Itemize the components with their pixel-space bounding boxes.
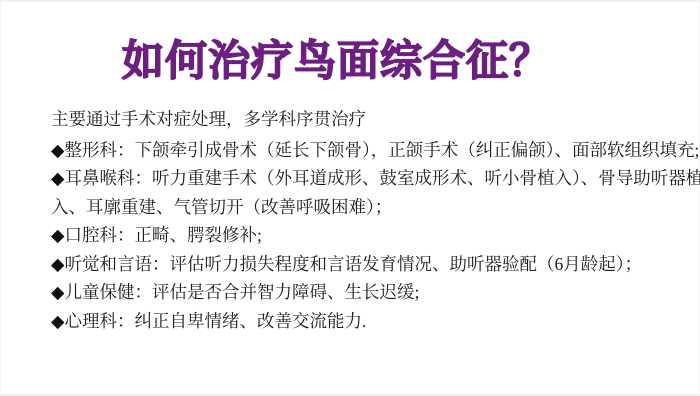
line-text: 听觉和言语：评估听力损失程度和言语发育情况、助听器验配（6月龄起）； [64, 254, 642, 274]
text-line: ◆听觉和言语：评估听力损失程度和言语发育情况、助听器验配（6月龄起）； [51, 250, 683, 279]
line-text: 心理科：纠正自卑情绪、改善交流能力. [64, 311, 366, 331]
line-text: 主要通过手术对症处理，多学科序贯治疗 [51, 109, 366, 129]
diamond-bullet-icon: ◆ [51, 254, 64, 274]
line-text: 整形科：下颌牵引成骨术（延长下颌骨），正颌手术（纠正偏颌）、面部软组织填充; [64, 140, 699, 160]
text-line: ◆心理科：纠正自卑情绪、改善交流能力. [51, 307, 683, 336]
diamond-bullet-icon: ◆ [51, 311, 64, 331]
text-line: 入、耳廓重建、气管切开（改善呼吸困难）； [51, 193, 683, 222]
content-lines: 主要通过手术对症处理，多学科序贯治疗 ◆整形科：下颌牵引成骨术（延长下颌骨），正… [51, 105, 683, 335]
text-line: ◆整形科：下颌牵引成骨术（延长下颌骨），正颌手术（纠正偏颌）、面部软组织填充; [51, 136, 683, 165]
diamond-bullet-icon: ◆ [51, 168, 64, 188]
diamond-bullet-icon: ◆ [51, 282, 64, 302]
line-text: 儿童保健：评估是否合并智力障碍、生长迟缓; [64, 282, 419, 302]
line-text: 入、耳廓重建、气管切开（改善呼吸困难）； [51, 197, 392, 217]
diamond-bullet-icon: ◆ [51, 140, 64, 160]
text-line: ◆儿童保健：评估是否合并智力障碍、生长迟缓; [51, 278, 683, 307]
text-line: ◆耳鼻喉科：听力重建手术（外耳道成形、鼓室成形术、听小骨植入）、骨导助听器植 [51, 164, 683, 193]
line-text: 口腔科：正畸、腭裂修补; [64, 225, 261, 245]
slide: 如何治疗鸟面综合征？ 主要通过手术对症处理，多学科序贯治疗 ◆整形科：下颌牵引成… [0, 0, 700, 396]
slide-title: 如何治疗鸟面综合征？ [1, 36, 699, 86]
text-line: 主要通过手术对症处理，多学科序贯治疗 [51, 105, 683, 134]
diamond-bullet-icon: ◆ [51, 225, 64, 245]
text-line: ◆口腔科：正畸、腭裂修补; [51, 221, 683, 250]
line-text: 耳鼻喉科：听力重建手术（外耳道成形、鼓室成形术、听小骨植入）、骨导助听器植 [64, 168, 700, 188]
